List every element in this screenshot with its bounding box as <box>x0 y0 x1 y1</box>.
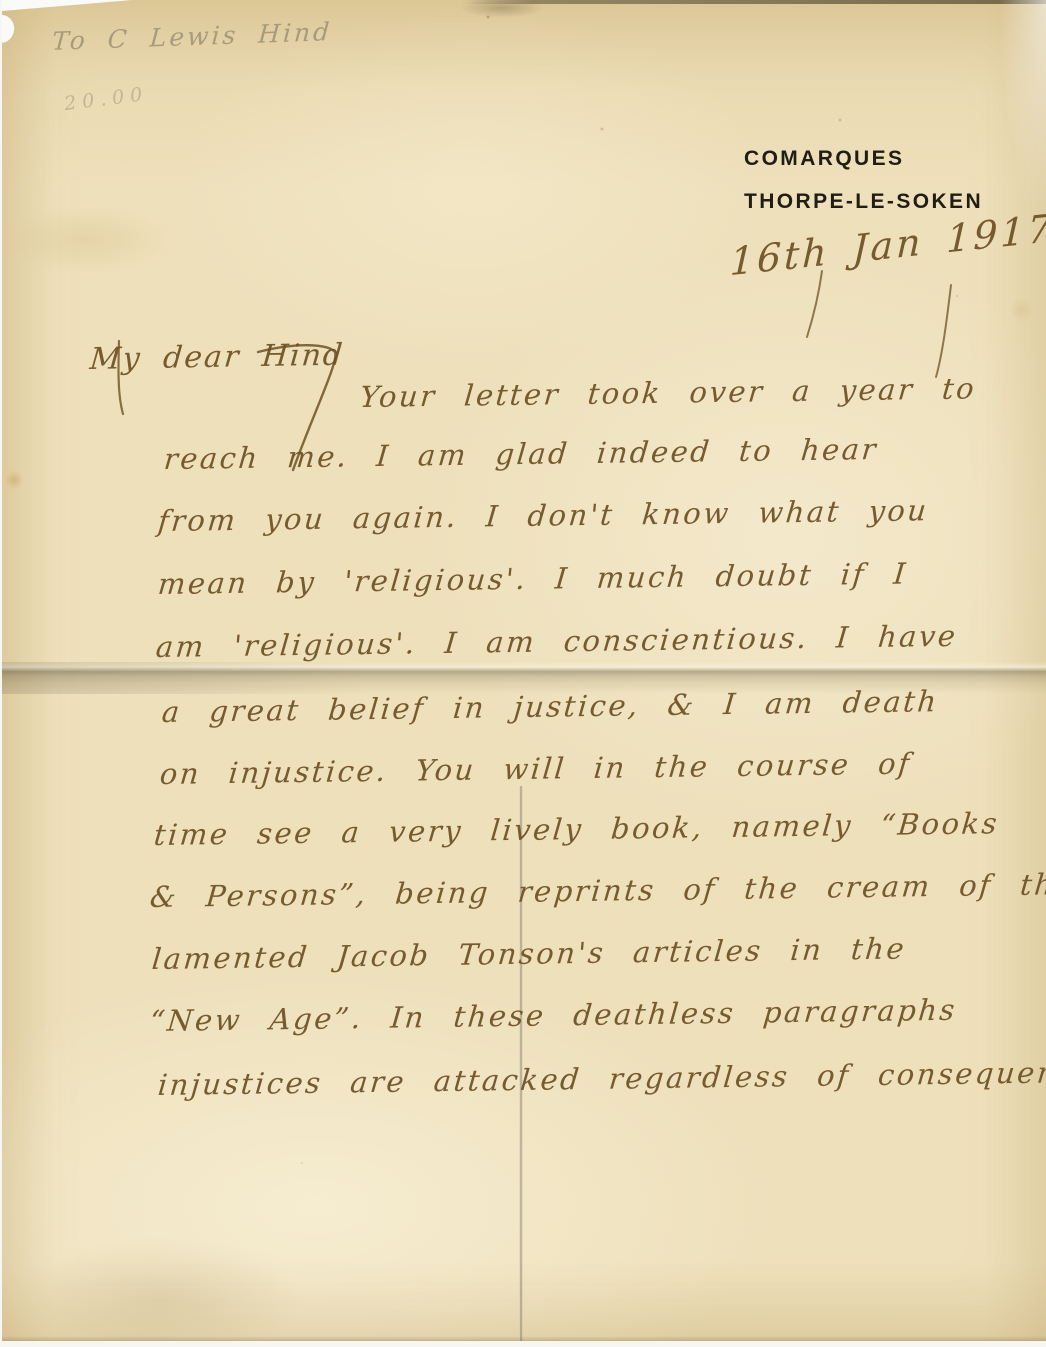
body-line: reach me. I am glad indeed to hear <box>162 432 879 476</box>
letterhead-place-name: THORPE-LE-SOKEN <box>744 190 983 214</box>
body-line: from you again. I don't know what you <box>156 493 930 538</box>
body-line: injustices are attacked regardless of co… <box>156 1054 1046 1102</box>
letter-paper: To C Lewis Hind 20.00 COMARQUES THORPE-L… <box>2 0 1046 1341</box>
scanned-letter: To C Lewis Hind 20.00 COMARQUES THORPE-L… <box>0 0 1046 1347</box>
pencil-number-note: 20.00 <box>63 83 149 115</box>
body-line: Your letter took over a year to <box>358 371 977 414</box>
paper-bottom-edge-shadow <box>2 1336 1046 1341</box>
date-year-descender <box>936 285 951 377</box>
pencil-recipient-note: To C Lewis Hind <box>51 17 333 56</box>
body-line: “New Age”. In these deathless paragraphs <box>148 993 958 1038</box>
body-line: am 'religious'. I am conscientious. I ha… <box>154 619 959 664</box>
body-line: on injustice. You will in the course of <box>158 746 913 791</box>
body-line: lamented Jacob Tonson's articles in the <box>150 931 907 976</box>
torn-corner-top-left <box>2 0 132 11</box>
body-line: & Persons”, being reprints of the cream … <box>148 867 1046 914</box>
letterhead-house-name: COMARQUES <box>744 147 904 171</box>
body-line: time see a very lively book, namely “Boo… <box>152 806 1000 852</box>
date-jan-descender <box>807 271 822 337</box>
body-line: mean by 'religious'. I much doubt if I <box>156 557 909 602</box>
salutation: My dear Hind <box>88 338 345 377</box>
torn-edge-notch <box>2 15 17 46</box>
paper-top-edge-shadow <box>462 0 1046 4</box>
